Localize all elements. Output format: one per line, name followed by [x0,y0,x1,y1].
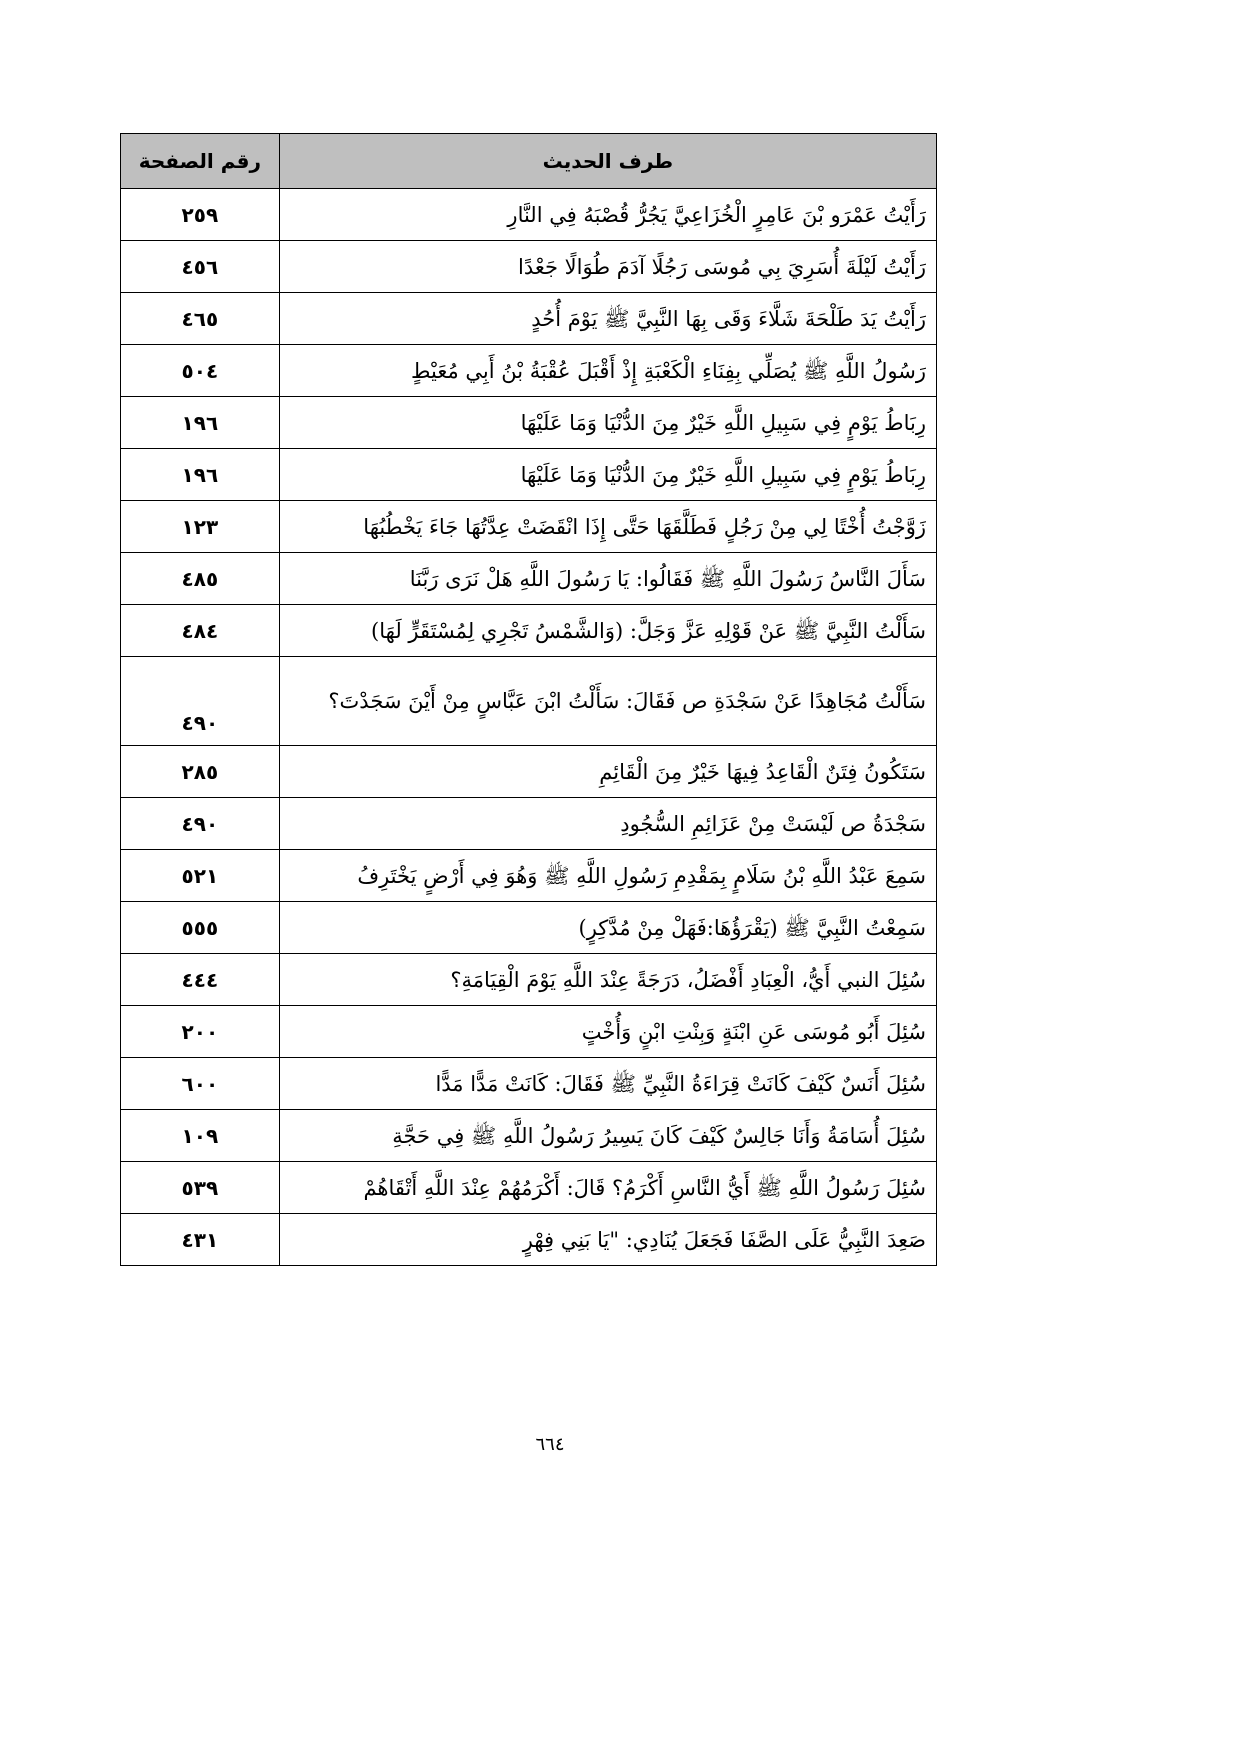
table-row: سُئِلَ النبي أَيُّ، الْعِبَادِ أَفْضَلُ،… [121,954,937,1006]
hadith-text-cell: سَجْدَةُ ص لَيْسَتْ مِنْ عَزَائِمِ السُّ… [279,798,936,850]
table-row: رَسُولُ اللَّهِ ﷺ يُصَلِّي بِفِنَاءِ الْ… [121,345,937,397]
hadith-text-cell: رِبَاطُ يَوْمٍ فِي سَبِيلِ اللَّهِ خَيْر… [279,449,936,501]
table-header-row: طرف الحديث رقم الصفحة [121,134,937,189]
hadith-text-cell: سَأَلَ النَّاسُ رَسُولَ اللَّهِ ﷺ فَقَال… [279,553,936,605]
hadith-text-cell: رَسُولُ اللَّهِ ﷺ يُصَلِّي بِفِنَاءِ الْ… [279,345,936,397]
table-row: سَأَلَ النَّاسُ رَسُولَ اللَّهِ ﷺ فَقَال… [121,553,937,605]
hadith-text-cell: سَمِعْتُ النَّبِيَّ ﷺ (يَقْرَؤُهَا:فَهَل… [279,902,936,954]
page-number-cell: ٥٠٤ [121,345,280,397]
page-number-cell: ٤٦٥ [121,293,280,345]
page-number-cell: ١٢٣ [121,501,280,553]
page-number: ٦٦٤ [0,1434,1100,1455]
page-number-cell: ٥٢١ [121,850,280,902]
table-row: سَأَلْتُ النَّبِيَّ ﷺ عَنْ قَوْلِهِ عَزَ… [121,605,937,657]
table-row: سُئِلَ أَنَسٌ كَيْفَ كَانَتْ قِرَاءَةُ ا… [121,1058,937,1110]
hadith-text-cell: سَمِعَ عَبْدُ اللَّهِ بْنُ سَلَامٍ بِمَق… [279,850,936,902]
table-row: صَعِدَ النَّبِيُّ عَلَى الصَّفَا فَجَعَل… [121,1214,937,1266]
hadith-text-cell: سُئِلَ أَبُو مُوسَى عَنِ ابْنَةٍ وَبِنْت… [279,1006,936,1058]
table-row: سَمِعْتُ النَّبِيَّ ﷺ (يَقْرَؤُهَا:فَهَل… [121,902,937,954]
page-number-cell: ١٠٩ [121,1110,280,1162]
hadith-text-cell: رَأَيْتُ عَمْرَو بْنَ عَامِرٍ الْخُزَاعِ… [279,189,936,241]
table-row: سَجْدَةُ ص لَيْسَتْ مِنْ عَزَائِمِ السُّ… [121,798,937,850]
header-page-number: رقم الصفحة [121,134,280,189]
hadith-text-cell: سُئِلَ أُسَامَةُ وَأَنَا جَالِسٌ كَيْفَ … [279,1110,936,1162]
table-body: رَأَيْتُ عَمْرَو بْنَ عَامِرٍ الْخُزَاعِ… [121,189,937,1266]
page-number-cell: ٤٨٤ [121,605,280,657]
table-row: سَمِعَ عَبْدُ اللَّهِ بْنُ سَلَامٍ بِمَق… [121,850,937,902]
page-number-cell: ٤٤٤ [121,954,280,1006]
table-row: رَأَيْتُ يَدَ طَلْحَةَ شَلَّاءَ وَقَى بِ… [121,293,937,345]
page-number-cell: ٥٣٩ [121,1162,280,1214]
hadith-text-cell: سُئِلَ النبي أَيُّ، الْعِبَادِ أَفْضَلُ،… [279,954,936,1006]
page-number-cell: ٥٥٥ [121,902,280,954]
page-number-cell: ٤٣١ [121,1214,280,1266]
table-row: سَأَلْتُ مُجَاهِدًا عَنْ سَجْدَةِ ص فَقَ… [121,657,937,746]
page-number-cell: ٢٥٩ [121,189,280,241]
hadith-text-cell: زَوَّجْتُ أُخْتًا لِي مِنْ رَجُلٍ فَطَلَ… [279,501,936,553]
page-number-cell: ٤٩٠ [121,798,280,850]
table-row: سُئِلَ أَبُو مُوسَى عَنِ ابْنَةٍ وَبِنْت… [121,1006,937,1058]
table-row: رَأَيْتُ لَيْلَةَ أُسَرِيَ بِي مُوسَى رَ… [121,241,937,293]
page-number-cell: ٦٠٠ [121,1058,280,1110]
table-row: زَوَّجْتُ أُخْتًا لِي مِنْ رَجُلٍ فَطَلَ… [121,501,937,553]
hadith-text-cell: سُئِلَ رَسُولُ اللَّهِ ﷺ أَيُّ النَّاسِ … [279,1162,936,1214]
page-number-cell: ٢٠٠ [121,1006,280,1058]
table-row: سُئِلَ رَسُولُ اللَّهِ ﷺ أَيُّ النَّاسِ … [121,1162,937,1214]
hadith-text-cell: سُئِلَ أَنَسٌ كَيْفَ كَانَتْ قِرَاءَةُ ا… [279,1058,936,1110]
hadith-index-table: طرف الحديث رقم الصفحة رَأَيْتُ عَمْرَو ب… [120,133,937,1266]
hadith-text-cell: سَتَكُونُ فِتَنٌ الْقَاعِدُ فِيهَا خَيْر… [279,746,936,798]
page-number-cell: ٤٥٦ [121,241,280,293]
hadith-text-cell: سَأَلْتُ مُجَاهِدًا عَنْ سَجْدَةِ ص فَقَ… [279,657,936,746]
hadith-text-cell: رَأَيْتُ لَيْلَةَ أُسَرِيَ بِي مُوسَى رَ… [279,241,936,293]
table-row: سُئِلَ أُسَامَةُ وَأَنَا جَالِسٌ كَيْفَ … [121,1110,937,1162]
hadith-text-cell: رِبَاطُ يَوْمٍ فِي سَبِيلِ اللَّهِ خَيْر… [279,397,936,449]
hadith-text-cell: سَأَلْتُ النَّبِيَّ ﷺ عَنْ قَوْلِهِ عَزَ… [279,605,936,657]
page-number-cell: ١٩٦ [121,397,280,449]
table-row: رِبَاطُ يَوْمٍ فِي سَبِيلِ اللَّهِ خَيْر… [121,397,937,449]
table-row: رِبَاطُ يَوْمٍ فِي سَبِيلِ اللَّهِ خَيْر… [121,449,937,501]
table-row: رَأَيْتُ عَمْرَو بْنَ عَامِرٍ الْخُزَاعِ… [121,189,937,241]
page-number-cell: ١٩٦ [121,449,280,501]
hadith-text-cell: صَعِدَ النَّبِيُّ عَلَى الصَّفَا فَجَعَل… [279,1214,936,1266]
header-hadith-text: طرف الحديث [279,134,936,189]
page-number-cell: ٤٩٠ [121,657,280,746]
page-number-cell: ٤٨٥ [121,553,280,605]
table-row: سَتَكُونُ فِتَنٌ الْقَاعِدُ فِيهَا خَيْر… [121,746,937,798]
page-number-cell: ٢٨٥ [121,746,280,798]
hadith-text-cell: رَأَيْتُ يَدَ طَلْحَةَ شَلَّاءَ وَقَى بِ… [279,293,936,345]
